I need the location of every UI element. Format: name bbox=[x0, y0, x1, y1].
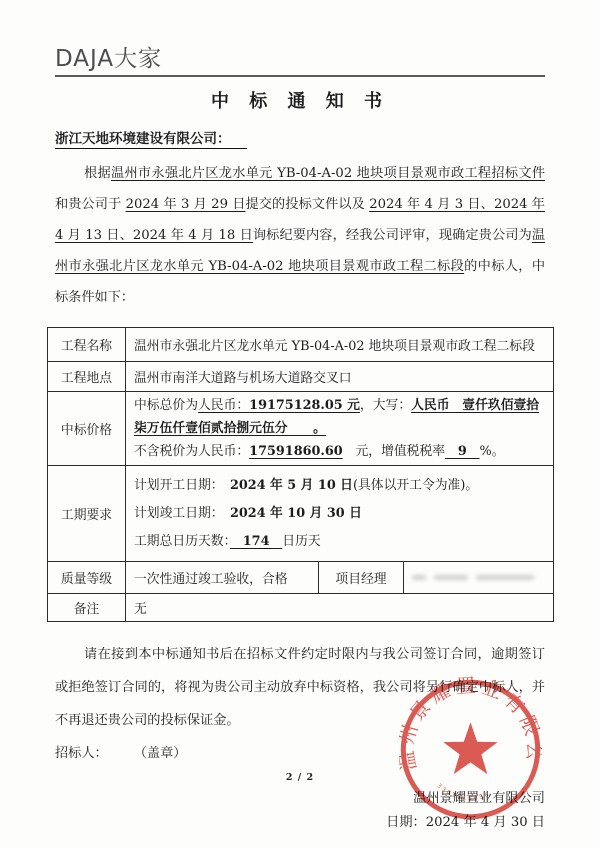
letterhead: DAJA大家 bbox=[55, 0, 545, 77]
award-price-label: 中标价格 bbox=[48, 392, 126, 466]
project-manager-value-redacted bbox=[404, 562, 554, 594]
project-location-value: 温州市南洋大道路与机场大道路交叉口 bbox=[126, 362, 554, 392]
award-price-extax-line: 不含税价为人民币：17591860.60 元，增值税税率 9 %。 bbox=[134, 440, 545, 463]
award-price-value: 中标总价为人民币：19175128.05 元，大写：人民币 壹仟玖佰壹拾柒万伍仟… bbox=[126, 392, 554, 466]
project-name-value: 温州市永强北片区龙水单元 YB-04-A-02 地块项目景观市政工程二标段 bbox=[126, 328, 554, 362]
quality-label: 质量等级 bbox=[48, 562, 126, 594]
table-row-project-name: 工程名称 温州市永强北片区龙水单元 YB-04-A-02 地块项目景观市政工程二… bbox=[48, 328, 554, 362]
page-number: 2 / 2 bbox=[0, 772, 600, 783]
redaction-smudge bbox=[412, 575, 545, 580]
addressee-company: 浙江天地环境建设有限公司： bbox=[55, 131, 247, 149]
remark-value: 无 bbox=[126, 594, 554, 622]
closing-paragraph: 请在接到本中标通知书后在招标文件约定时限内与我公司签订合同，逾期签订或拒绝签订合… bbox=[55, 638, 545, 737]
company-logo: DAJA大家 bbox=[55, 46, 545, 72]
document-page: DAJA大家 中 标 通 知 书 浙江天地环境建设有限公司： 根据温州市永强北片… bbox=[0, 0, 600, 848]
duration-start-line: 计划开工日期： 2024 年 5 月 10 日(具体以开工令为准)。 bbox=[134, 472, 545, 500]
project-manager-label: 项目经理 bbox=[319, 562, 404, 594]
project-location-label: 工程地点 bbox=[48, 362, 126, 392]
signature-date: 日期：2024 年 4 月 30 日 bbox=[55, 811, 545, 835]
award-conditions-table: 工程名称 温州市永强北片区龙水单元 YB-04-A-02 地块项目景观市政工程二… bbox=[47, 327, 554, 622]
seal-hint: （盖章） bbox=[134, 746, 187, 761]
table-row-remark: 备注 无 bbox=[48, 594, 554, 622]
table-row-quality: 质量等级 一次性通过竣工验收，合格 项目经理 bbox=[48, 562, 554, 594]
letterhead-rule bbox=[55, 75, 545, 77]
bidder-line: 招标人：（盖章） bbox=[55, 743, 545, 765]
table-row-project-location: 工程地点 温州市南洋大道路与机场大道路交叉口 bbox=[48, 362, 554, 392]
document-title: 中 标 通 知 书 bbox=[55, 90, 545, 114]
signature-company: 温州景耀置业有限公司 bbox=[55, 787, 545, 811]
remark-label: 备注 bbox=[48, 594, 126, 622]
table-row-duration: 工期要求 计划开工日期： 2024 年 5 月 10 日(具体以开工令为准)。 … bbox=[48, 466, 554, 562]
award-price-total-line: 中标总价为人民币：19175128.05 元，大写：人民币 壹仟玖佰壹拾柒万伍仟… bbox=[134, 394, 545, 440]
addressee-line: 浙江天地环境建设有限公司： bbox=[55, 129, 545, 149]
duration-label: 工期要求 bbox=[48, 466, 126, 562]
duration-finish-line: 计划竣工日期： 2024 年 10 月 30 日 bbox=[134, 500, 545, 528]
table-row-award-price: 中标价格 中标总价为人民币：19175128.05 元，大写：人民币 壹仟玖佰壹… bbox=[48, 392, 554, 466]
intro-paragraph: 根据温州市永强北片区龙水单元 YB-04-A-02 地块项目景观市政工程招标文件… bbox=[55, 158, 545, 313]
duration-days-line: 工期总日历天数： 174 日历天 bbox=[134, 528, 545, 556]
duration-value: 计划开工日期： 2024 年 5 月 10 日(具体以开工令为准)。 计划竣工日… bbox=[126, 466, 554, 562]
signature-block: 温州景耀置业有限公司 日期：2024 年 4 月 30 日 bbox=[55, 787, 545, 835]
bidder-label: 招标人： bbox=[55, 746, 108, 761]
project-name-label: 工程名称 bbox=[48, 328, 126, 362]
quality-value: 一次性通过竣工验收，合格 bbox=[126, 562, 319, 594]
